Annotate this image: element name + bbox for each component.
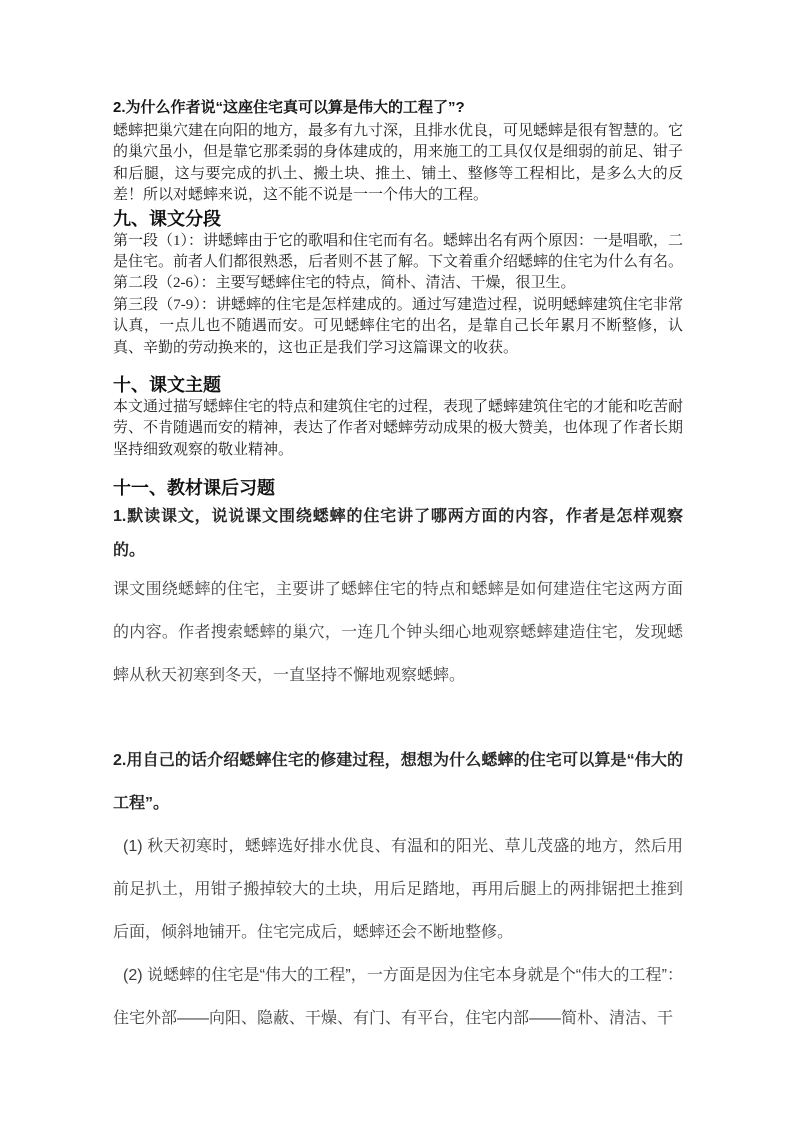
prev-question-answer: 蟋蟀把巢穴建在向阳的地方，最多有九寸深，且排水优良，可见蟋蟀是很有智慧的。它的巢…: [113, 121, 683, 207]
prev-question-section: 2.为什么作者说“这座住宅真可以算是伟大的工程了”? 蟋蟀把巢穴建在向阳的地方，…: [113, 97, 683, 207]
exercise-answer-1: 课文围绕蟋蟀的住宅，主要讲了蟋蟀住宅的特点和蟋蟀是如何建造住宅这两方面的内容。作…: [113, 568, 683, 697]
exercise-answer-2-item-1: (1) 秋天初寒时，蟋蟀选好排水优良、有温和的阳光、草儿茂盛的地方，然后用前足扒…: [113, 825, 683, 954]
document-page: 2.为什么作者说“这座住宅真可以算是伟大的工程了”? 蟋蟀把巢穴建在向阳的地方，…: [0, 0, 793, 1122]
section-nine-paragraph-3: 第三段（7-9）：讲蟋蟀的住宅是怎样建成的。通过写建造过程，说明蟋蟀建筑住宅非常…: [113, 295, 683, 359]
section-nine-paragraph-1: 第一段（1）：讲蟋蟀由于它的歌唱和住宅而有名。蟋蟀出名有两个原因：一是唱歌，二是…: [113, 231, 683, 274]
section-nine-paragraph-2: 第二段（2-6）：主要写蟋蟀住宅的特点，简朴、清洁、干燥，很卫生。: [113, 273, 683, 294]
exercise-question-2: 2.用自己的话介绍蟋蟀住宅的修建过程，想想为什么蟋蟀的住宅可以算是“伟大的工程”…: [113, 739, 683, 825]
section-nine-text-segmentation: 九、课文分段 第一段（1）：讲蟋蟀由于它的歌唱和住宅而有名。蟋蟀出名有两个原因：…: [113, 207, 683, 359]
section-eleven-exercises: 十一、教材课后习题 1.默读课文，说说课文围绕蟋蟀的住宅讲了哪两方面的内容，作者…: [113, 476, 683, 1040]
exercise-question-1: 1.默读课文，说说课文围绕蟋蟀的住宅讲了哪两方面的内容，作者是怎样观察的。: [113, 500, 683, 568]
prev-question-title: 2.为什么作者说“这座住宅真可以算是伟大的工程了”?: [113, 97, 683, 118]
section-nine-title: 九、课文分段: [113, 207, 683, 231]
document-content: 2.为什么作者说“这座住宅真可以算是伟大的工程了”? 蟋蟀把巢穴建在向阳的地方，…: [113, 97, 683, 1040]
section-eleven-title: 十一、教材课后习题: [113, 476, 683, 500]
exercise-answer-2-item-2: (2) 说蟋蟀的住宅是“伟大的工程”，一方面是因为住宅本身就是个“伟大的工程”：…: [113, 954, 683, 1040]
section-ten-paragraph: 本文通过描写蟋蟀住宅的特点和建筑住宅的过程，表现了蟋蟀建筑住宅的才能和吃苦耐劳、…: [113, 397, 683, 461]
section-ten-title: 十、课文主题: [113, 373, 683, 397]
section-ten-text-theme: 十、课文主题 本文通过描写蟋蟀住宅的特点和建筑住宅的过程，表现了蟋蟀建筑住宅的才…: [113, 373, 683, 461]
